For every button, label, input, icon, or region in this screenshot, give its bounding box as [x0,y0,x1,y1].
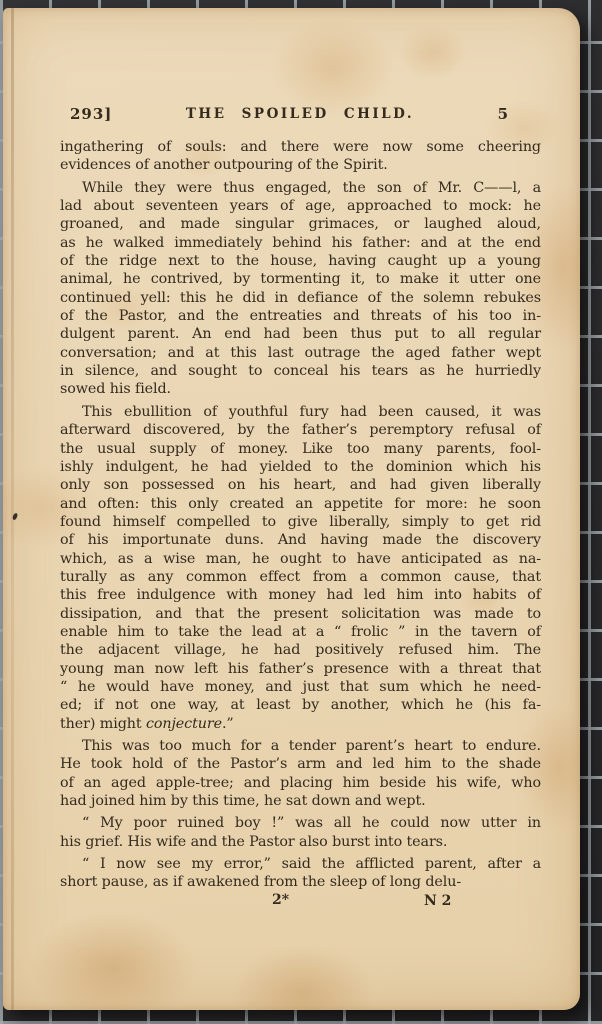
text-line: This ebullition of youthful fury had bee… [60,403,541,421]
paragraph: ingathering of souls: and there were now… [60,138,541,175]
text-line: dulgent parent. An end had been thus put… [60,325,541,343]
text-line: enable him to take the lead at a “ froli… [60,623,541,641]
text-line: his grief. His wife and the Pastor also … [60,833,541,851]
paragraph: This ebullition of youthful fury had bee… [60,403,541,733]
text-line: “ My poor ruined boy !” was all he could… [60,814,541,832]
book-page: 293] THE SPOILED CHILD. 5 ingathering of… [3,8,580,1010]
text-line: only son possessed on his heart, and had… [60,476,541,494]
paragraph: “ My poor ruined boy !” was all he could… [60,814,541,851]
text-line: of his importunate duns. And having made… [60,531,541,549]
text-line: conversation; and at this last outrage t… [60,344,541,362]
text-line: ishly indulgent, he had yielded to the d… [60,458,541,476]
text-line: ed; if not one way, at least by another,… [60,696,541,714]
paragraph: This was too much for a tender parent’s … [60,737,541,810]
text-line: ther) might conjecture.” [60,715,541,733]
text-line: dissipation, and that the present solici… [60,605,541,623]
text-segment: .” [222,716,234,732]
text-line: ingathering of souls: and there were now… [60,138,541,156]
text-line: young man now left his father’s presence… [60,660,541,678]
text-line: While they were thus engaged, the son of… [60,179,541,197]
text-line: had joined him by this time, he sat down… [60,792,541,810]
text-line: of the ridge next to the house, having c… [60,252,541,270]
text-line: continued yell: this he did in defiance … [60,289,541,307]
text-line: He took hold of the Pastor’s arm and led… [60,755,541,773]
text-line: of an aged apple-tree; and placing him b… [60,774,541,792]
photo-scene: 293] THE SPOILED CHILD. 5 ingathering of… [0,0,602,1024]
running-head: 293] THE SPOILED CHILD. 5 [60,104,540,124]
text-line: “ I now see my error,” said the afflicte… [60,855,541,873]
text-segment: ther) might [60,716,146,732]
ink-speck [12,513,18,521]
text-line: found himself compelled to give liberall… [60,513,541,531]
text-line: and often: this only created an appetite… [60,495,541,513]
paragraph: “ I now see my error,” said the afflicte… [60,855,541,892]
text-line: the adjacent village, he had positively … [60,641,541,659]
text-line: the usual supply of money. Like too many… [60,440,541,458]
text-line: sowed his field. [60,380,541,398]
text-line: groaned, and made singular grimaces, or … [60,215,541,233]
page-title: THE SPOILED CHILD. [60,106,540,122]
text-line: in silence, and sought to conceal his te… [60,362,541,380]
text-line: This was too much for a tender parent’s … [60,737,541,755]
text-line: which, as a wise man, he ought to have a… [60,550,541,568]
text-line: turally as any common effect from a comm… [60,568,541,586]
text-line: afterward discovered, by the father’s pe… [60,421,541,439]
text-line: lad about seventeen years of age, approa… [60,197,541,215]
text-body: ingathering of souls: and there were now… [60,138,541,896]
printer-signature-right: N 2 [424,893,451,909]
text-line: this free indulgence with money had led … [60,586,541,604]
paragraph: While they were thus engaged, the son of… [60,179,541,399]
page-number: 5 [498,105,508,123]
text-line: “ he would have money, and just that sum… [60,678,541,696]
page-footer: 2* N 2 [60,892,541,914]
text-line: evidences of another outpouring of the S… [60,156,541,174]
text-line: animal, he contrived, by tormenting it, … [60,270,541,288]
italic-word: conjecture [146,716,222,732]
text-line: short pause, as if awakened from the sle… [60,873,541,891]
printer-signature-left: 2* [272,892,289,908]
text-line: of the Pastor, and the entreaties and th… [60,307,541,325]
page-crease [11,8,14,1010]
text-line: as he walked immediately behind his fath… [60,234,541,252]
